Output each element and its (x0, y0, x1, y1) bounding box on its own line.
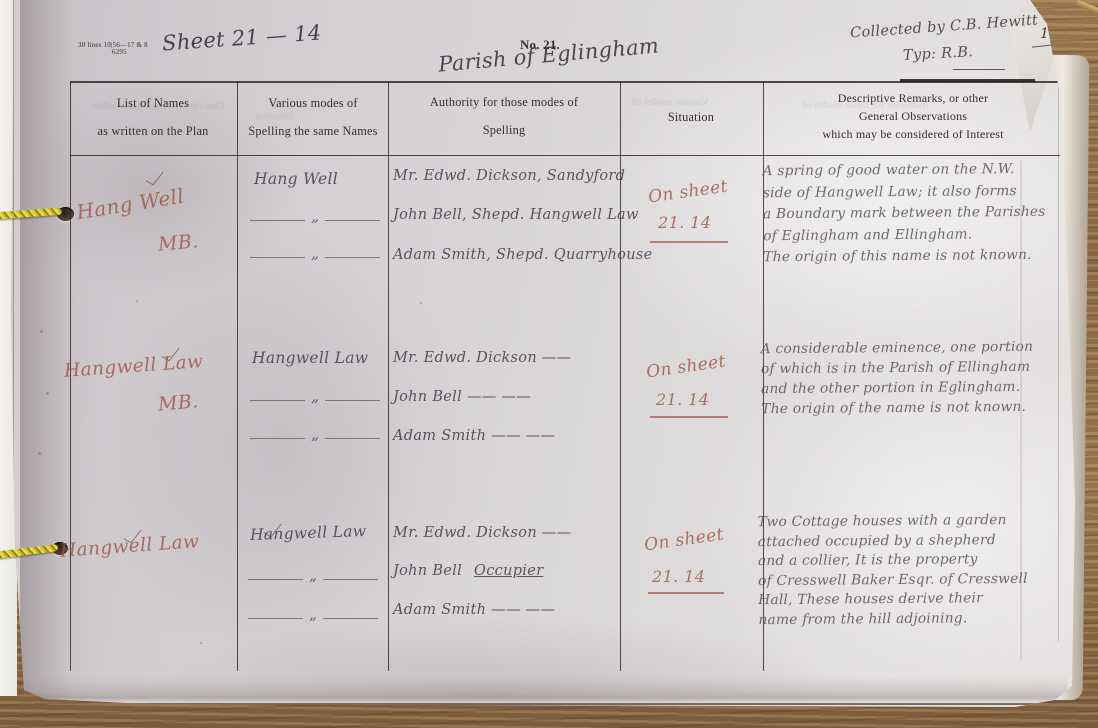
ditto-row: „ (250, 218, 380, 222)
ditto-line (323, 618, 378, 619)
remarks-line: Hall, These houses derive their (758, 589, 1028, 611)
spelling-entry: Hang Well (254, 170, 338, 188)
remarks-line: of Eglingham and Ellingham. (763, 223, 1046, 247)
remarks-line: and a collier, It is the property (758, 550, 1028, 572)
ditto-line (325, 438, 380, 439)
authority-entry: Adam Smith —— —— (393, 602, 555, 618)
ditto-mark: „ (311, 432, 319, 436)
remarks-block: A considerable eminence, one portion of … (761, 337, 1034, 419)
ditto-mark: „ (311, 251, 319, 255)
plan-mark: MB. (157, 230, 199, 255)
remarks-line: The origin of this name is not known. (763, 245, 1046, 269)
authority-name: John Bell (393, 563, 462, 579)
remarks-block: A spring of good water on the N.W. side … (763, 159, 1046, 269)
remarks-line: a Boundary mark between the Parishes (763, 202, 1046, 226)
authority-entry: Adam Smith —— —— (393, 428, 555, 444)
remarks-line: name from the hill adjoining. (758, 608, 1028, 630)
ditto-mark: „ (311, 394, 319, 398)
ditto-line (250, 257, 305, 258)
sheet-number-handwritten: Sheet 21 — 14 (161, 20, 322, 55)
wood-sliver (1076, 0, 1098, 18)
plan-mark: MB. (157, 390, 199, 415)
ghost-text: Authority for those modes of (802, 99, 930, 111)
authority-occupier-note: Occupier (474, 563, 543, 579)
header-authority-line2: Spelling (390, 123, 618, 138)
ditto-line (248, 618, 303, 619)
ghost-text: Situation (255, 110, 295, 122)
header-list-of-names-line2: as written on the Plan (73, 124, 233, 139)
folio-number: 11 (1040, 26, 1058, 42)
header-spelling-modes-line1: Various modes of (240, 96, 386, 111)
header-remarks-line2: General Observations (768, 109, 1058, 124)
ditto-row: „ (248, 616, 378, 620)
table-right-border (1058, 81, 1059, 641)
ditto-line (325, 400, 380, 401)
situation-word: On sheet (643, 525, 725, 556)
header-spelling-modes-line2: Spelling the same Names (240, 124, 386, 139)
ghost-text: Descriptive Remarks, or other (92, 100, 225, 112)
ditto-line (325, 220, 380, 221)
table-top-border-heavy (900, 79, 1035, 82)
header-remarks-line3: which may be considered of Interest (768, 127, 1058, 142)
spelling-entry: Hangwell Law (252, 349, 368, 367)
situation-underline (650, 416, 728, 418)
ghost-text: Various modes of (632, 96, 709, 108)
situation-word: On sheet (647, 177, 729, 208)
situation-underline (650, 241, 728, 243)
remarks-line: and the other portion in Eglingham. (761, 377, 1034, 399)
situation-word: On sheet (645, 352, 727, 383)
col-divider-1 (237, 81, 238, 671)
situation-sheet-ref: 21. 14 (656, 390, 709, 409)
situation-underline (648, 592, 724, 594)
spelling-entry: Hangwell Law (250, 522, 367, 544)
remarks-line: The origin of the name is not known. (761, 397, 1034, 419)
ditto-row: „ (250, 255, 380, 259)
notebook-page: 30 lines 10|56—17 & 8 6295 Sheet 21 — 14… (0, 0, 1098, 728)
remarks-line: Two Cottage houses with a garden (757, 511, 1027, 533)
remarks-line: of which is in the Parish of Ellingham (761, 357, 1034, 379)
authority-entry: Adam Smith, Shepd. Quarryhouse (393, 247, 652, 263)
remarks-block: Two Cottage houses with a garden attache… (757, 511, 1028, 630)
remarks-line: side of Hangwell Law; it also forms (763, 180, 1046, 204)
ditto-mark: „ (309, 573, 317, 577)
remarks-line: A spring of good water on the N.W. (763, 159, 1046, 183)
ditto-line (250, 220, 305, 221)
ditto-line (250, 400, 305, 401)
ditto-line (325, 257, 380, 258)
examined-by-note: Typ: R.B. (903, 44, 974, 64)
paper-speck (420, 302, 422, 304)
ditto-row: „ (250, 398, 380, 402)
ditto-line (248, 579, 303, 580)
paper-speck (40, 330, 43, 333)
header-situation: Situation (626, 110, 756, 125)
ditto-row: „ (248, 577, 378, 581)
bottom-page-curl (25, 676, 1067, 705)
paper-speck (136, 300, 138, 302)
ditto-line (323, 579, 378, 580)
authority-entry: John Bell —— —— (393, 389, 531, 405)
remarks-line: A considerable eminence, one portion (761, 337, 1034, 359)
header-bottom-border (70, 155, 1060, 156)
check-tick (145, 168, 163, 186)
remarks-line: of Cresswell Baker Esqr. of Cresswell (758, 569, 1028, 591)
ditto-mark: „ (311, 214, 319, 218)
ditto-mark: „ (309, 612, 317, 616)
header-authority-line1: Authority for those modes of (390, 95, 618, 110)
collected-by-note: Collected by C.B. Hewitt (850, 12, 1039, 41)
authority-entry: Mr. Edwd. Dickson, Sandyford (393, 168, 625, 184)
photo-scene: 30 lines 10|56—17 & 8 6295 Sheet 21 — 14… (0, 0, 1098, 728)
authority-entry: Mr. Edwd. Dickson —— (393, 350, 571, 366)
paper-speck (200, 642, 202, 644)
authority-entry: John BellOccupier (393, 563, 543, 579)
paper-speck (38, 452, 41, 455)
situation-sheet-ref: 21. 14 (652, 567, 705, 586)
paper-speck (46, 392, 49, 395)
situation-sheet-ref: 21. 14 (658, 213, 711, 232)
authority-entry: John Bell, Shepd. Hangwell Law (393, 207, 639, 223)
signature-underline (953, 69, 1005, 70)
authority-entry: Mr. Edwd. Dickson —— (393, 525, 571, 541)
ditto-line (250, 438, 305, 439)
col-divider-2 (388, 81, 389, 671)
ditto-row: „ (250, 436, 380, 440)
remarks-line: attached occupied by a shepherd (758, 530, 1028, 552)
